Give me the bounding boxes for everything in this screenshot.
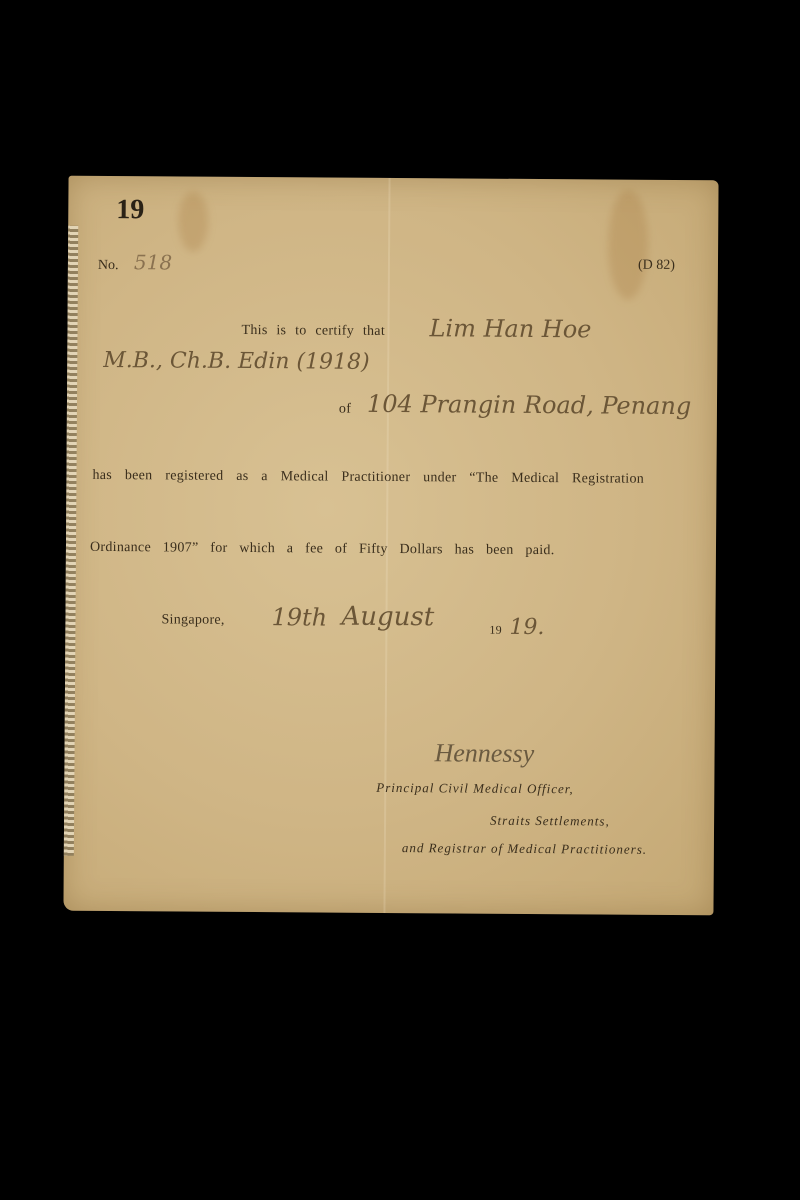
signatory-region: Straits Settlements, bbox=[490, 813, 610, 830]
year-prefix: 19 bbox=[489, 623, 502, 638]
stain bbox=[608, 190, 649, 300]
date-month: August bbox=[341, 602, 434, 633]
practitioner-name: Lim Han Hoe bbox=[429, 314, 591, 343]
address-prefix: of bbox=[339, 402, 351, 418]
qualification: M.B., Ch.B. Edin (1918) bbox=[103, 348, 369, 375]
practitioner-address: 104 Prangin Road, Penang bbox=[367, 390, 691, 420]
certificate-number: 518 bbox=[134, 250, 172, 274]
place: Singapore, bbox=[161, 612, 224, 628]
body-line-1: has been registered as a Medical Practit… bbox=[92, 468, 644, 488]
serial-number: 19 bbox=[116, 194, 144, 226]
form-code: (D 82) bbox=[638, 258, 675, 274]
signatory-registrar: and Registrar of Medical Practitioners. bbox=[402, 840, 647, 858]
certify-prefix: This is to certify that bbox=[241, 323, 385, 340]
stain bbox=[178, 192, 208, 252]
certificate-paper: 19 No. 518 (D 82) This is to certify tha… bbox=[63, 176, 718, 916]
number-label: No. bbox=[98, 258, 119, 274]
date-day: 19th bbox=[271, 603, 327, 631]
signature: Hennessy bbox=[434, 738, 534, 769]
body-line-2: Ordinance 1907” for which a fee of Fifty… bbox=[90, 540, 555, 559]
perforated-edge bbox=[64, 226, 78, 856]
signatory-title: Principal Civil Medical Officer, bbox=[376, 780, 573, 797]
year-suffix: 19. bbox=[509, 615, 544, 640]
